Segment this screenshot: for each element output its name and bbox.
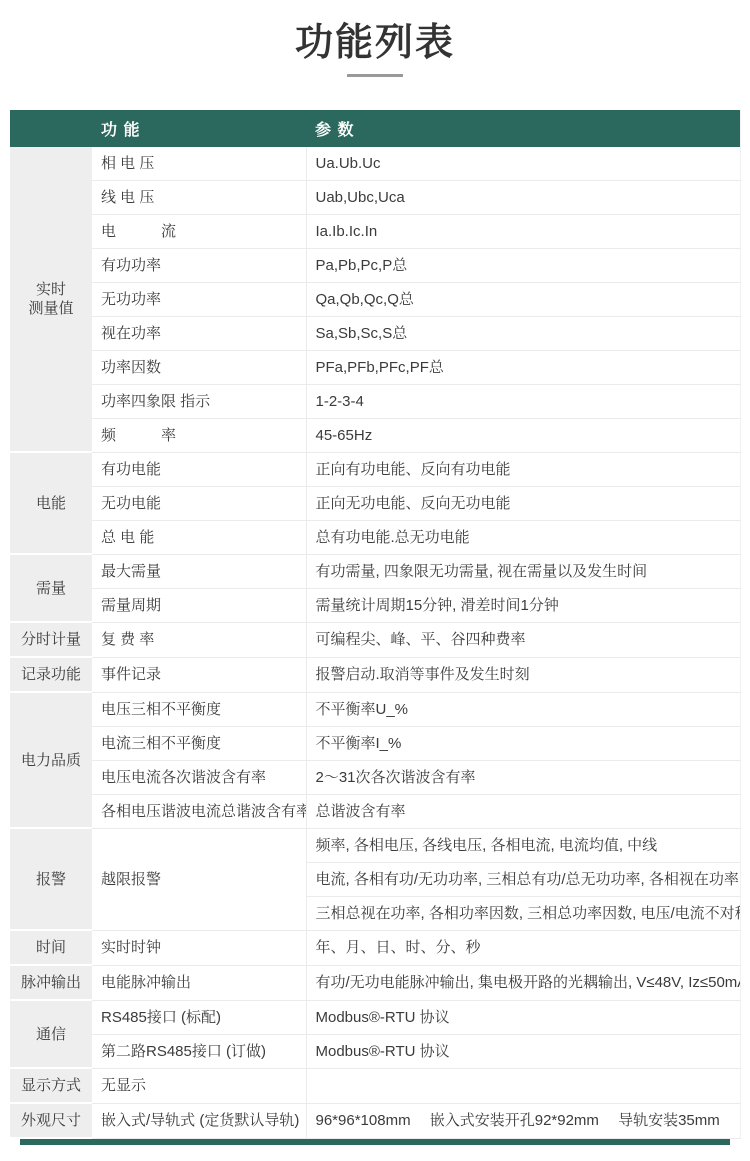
function-cell: 实时时钟 [92, 930, 306, 965]
column-header-function: 功 能 [92, 110, 306, 147]
table-header-row: 功 能 参 数 [10, 110, 740, 147]
function-cell: 无功功率 [92, 282, 306, 316]
function-cell: 线 电 压 [92, 180, 306, 214]
function-cell: 最大需量 [92, 554, 306, 588]
function-cell: 第二路RS485接口 (订做) [92, 1034, 306, 1068]
category-cell: 脉冲输出 [10, 965, 92, 1000]
category-cell: 分时计量 [10, 622, 92, 657]
table-row: 电能 有功电能 正向有功电能、反向有功电能 [10, 452, 740, 486]
parameter-cell: Uab,Ubc,Uca [306, 180, 740, 214]
table-row: 脉冲输出 电能脉冲输出 有功/无功电能脉冲输出, 集电极开路的光耦输出, V≤4… [10, 965, 740, 1000]
parameter-cell: Pa,Pb,Pc,P总 [306, 248, 740, 282]
function-cell: 各相电压谐波电流总谐波含有率 [92, 794, 306, 828]
table-row: 无功功率 Qa,Qb,Qc,Q总 [10, 282, 740, 316]
table-row: 总 电 能 总有功电能.总无功电能 [10, 520, 740, 554]
function-cell: 功率四象限 指示 [92, 384, 306, 418]
category-cell: 外观尺寸 [10, 1103, 92, 1138]
parameter-cell: Modbus®-RTU 协议 [306, 1034, 740, 1068]
function-cell: 嵌入式/导轨式 (定货默认导轨) [92, 1103, 306, 1138]
table-row: 电力品质 电压三相不平衡度 不平衡率U_% [10, 692, 740, 726]
column-header-parameter: 参 数 [306, 110, 740, 147]
table-row: 需量周期 需量统计周期15分钟, 滑差时间1分钟 [10, 588, 740, 622]
parameter-cell: 年、月、日、时、分、秒 [306, 930, 740, 965]
category-cell: 通信 [10, 1000, 92, 1068]
parameter-cell: 需量统计周期15分钟, 滑差时间1分钟 [306, 588, 740, 622]
function-cell: 无显示 [92, 1068, 306, 1103]
category-cell: 记录功能 [10, 657, 92, 692]
table-row: 各相电压谐波电流总谐波含有率 总谐波含有率 [10, 794, 740, 828]
parameter-cell: 正向无功电能、反向无功电能 [306, 486, 740, 520]
parameter-cell [306, 1068, 740, 1103]
title-underline [347, 74, 403, 77]
parameter-cell: 总谐波含有率 [306, 794, 740, 828]
function-cell: 总 电 能 [92, 520, 306, 554]
function-cell: 复 费 率 [92, 622, 306, 657]
function-cell: 有功功率 [92, 248, 306, 282]
parameter-cell: 报警启动.取消等事件及发生时刻 [306, 657, 740, 692]
column-header-category [10, 110, 92, 147]
function-cell: 功率因数 [92, 350, 306, 384]
parameter-cell: 45-65Hz [306, 418, 740, 452]
parameter-cell: Sa,Sb,Sc,S总 [306, 316, 740, 350]
function-cell: 电 流 [92, 214, 306, 248]
function-cell: 有功电能 [92, 452, 306, 486]
parameter-cell: 96*96*108mm 嵌入式安装开孔92*92mm 导轨安装35mm [306, 1103, 740, 1138]
table-row: 功率因数 PFa,PFb,PFc,PF总 [10, 350, 740, 384]
table-row: 视在功率 Sa,Sb,Sc,S总 [10, 316, 740, 350]
parameter-cell: 有功/无功电能脉冲输出, 集电极开路的光耦输出, V≤48V, Iz≤50mA [306, 965, 740, 1000]
category-cell: 电能 [10, 452, 92, 554]
table-row: 分时计量 复 费 率 可编程尖、峰、平、谷四种费率 [10, 622, 740, 657]
page-title: 功能列表 [0, 0, 750, 64]
parameter-cell: 正向有功电能、反向有功电能 [306, 452, 740, 486]
parameter-cell: 有功需量, 四象限无功需量, 视在需量以及发生时间 [306, 554, 740, 588]
category-cell: 电力品质 [10, 692, 92, 828]
parameter-cell: Ua.Ub.Uc [306, 147, 740, 181]
category-cell: 显示方式 [10, 1068, 92, 1103]
function-cell: RS485接口 (标配) [92, 1000, 306, 1034]
category-cell: 实时 测量值 [10, 147, 92, 453]
table-bottom-bar [20, 1139, 730, 1145]
function-cell: 视在功率 [92, 316, 306, 350]
function-cell: 电能脉冲输出 [92, 965, 306, 1000]
parameter-cell: 2～31次各次谐波含有率 [306, 760, 740, 794]
table-row: 频 率 45-65Hz [10, 418, 740, 452]
table-row: 第二路RS485接口 (订做) Modbus®-RTU 协议 [10, 1034, 740, 1068]
parameter-cell: 不平衡率I_% [306, 726, 740, 760]
parameter-cell: Modbus®-RTU 协议 [306, 1000, 740, 1034]
function-cell: 电压三相不平衡度 [92, 692, 306, 726]
page: 功能列表 功 能 参 数 实时 测量值 相 电 压 Ua. [0, 0, 750, 1161]
function-cell: 频 率 [92, 418, 306, 452]
table-row: 实时 测量值 相 电 压 Ua.Ub.Uc [10, 147, 740, 181]
parameter-cell: 总有功电能.总无功电能 [306, 520, 740, 554]
parameter-cell: 三相总视在功率, 各相功率因数, 三相总功率因数, 电压/电流不对称度 [306, 896, 740, 930]
category-cell: 时间 [10, 930, 92, 965]
table-row: 电 流 Ia.Ib.Ic.In [10, 214, 740, 248]
table-row: 有功功率 Pa,Pb,Pc,P总 [10, 248, 740, 282]
parameter-cell: 电流, 各相有功/无功功率, 三相总有功/总无功功率, 各相视在功率, [306, 862, 740, 896]
function-cell: 越限报警 [92, 828, 306, 930]
parameter-cell: PFa,PFb,PFc,PF总 [306, 350, 740, 384]
table-row: 记录功能 事件记录 报警启动.取消等事件及发生时刻 [10, 657, 740, 692]
table-row: 电流三相不平衡度 不平衡率I_% [10, 726, 740, 760]
table-row: 无功电能 正向无功电能、反向无功电能 [10, 486, 740, 520]
category-cell: 需量 [10, 554, 92, 622]
function-cell: 需量周期 [92, 588, 306, 622]
parameter-cell: 可编程尖、峰、平、谷四种费率 [306, 622, 740, 657]
parameter-cell: 不平衡率U_% [306, 692, 740, 726]
table-row: 电压电流各次谐波含有率 2～31次各次谐波含有率 [10, 760, 740, 794]
function-cell: 事件记录 [92, 657, 306, 692]
table-row: 功率四象限 指示 1-2-3-4 [10, 384, 740, 418]
parameter-cell: 频率, 各相电压, 各线电压, 各相电流, 电流均值, 中线 [306, 828, 740, 862]
table-row: 时间 实时时钟 年、月、日、时、分、秒 [10, 930, 740, 965]
category-cell: 报警 [10, 828, 92, 930]
function-cell: 电压电流各次谐波含有率 [92, 760, 306, 794]
parameter-cell: 1-2-3-4 [306, 384, 740, 418]
table-row: 需量 最大需量 有功需量, 四象限无功需量, 视在需量以及发生时间 [10, 554, 740, 588]
function-cell: 相 电 压 [92, 147, 306, 181]
function-list-table: 功 能 参 数 实时 测量值 相 电 压 Ua.Ub.Uc 线 电 压 Uab,… [10, 110, 740, 1146]
parameter-cell: Ia.Ib.Ic.In [306, 214, 740, 248]
table-row: 显示方式 无显示 [10, 1068, 740, 1103]
function-cell: 电流三相不平衡度 [92, 726, 306, 760]
parameter-cell: Qa,Qb,Qc,Q总 [306, 282, 740, 316]
table-row: 报警 越限报警 频率, 各相电压, 各线电压, 各相电流, 电流均值, 中线 [10, 828, 740, 862]
table-row: 通信 RS485接口 (标配) Modbus®-RTU 协议 [10, 1000, 740, 1034]
table-row: 线 电 压 Uab,Ubc,Uca [10, 180, 740, 214]
function-cell: 无功电能 [92, 486, 306, 520]
table-row: 外观尺寸 嵌入式/导轨式 (定货默认导轨) 96*96*108mm 嵌入式安装开… [10, 1103, 740, 1138]
